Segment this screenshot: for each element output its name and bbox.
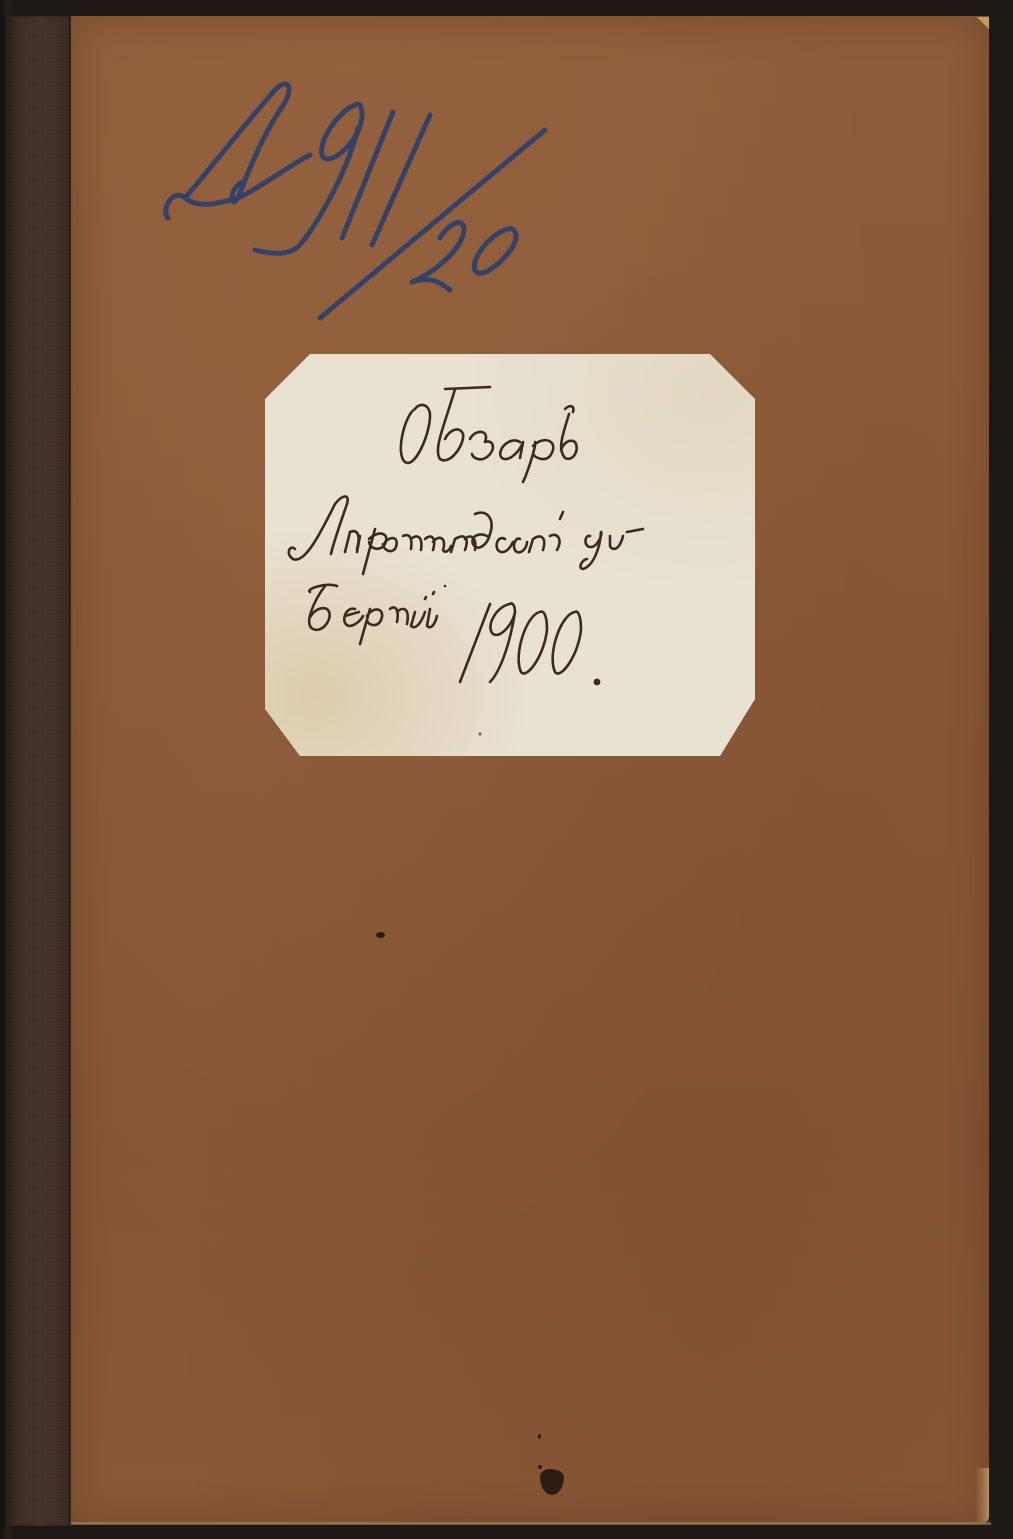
shelfmark-handwriting xyxy=(150,70,570,330)
ink-spot xyxy=(538,1434,541,1439)
ink-spot xyxy=(376,932,385,938)
corner-wear-bottom-right xyxy=(975,1468,989,1522)
title-label: Обзоръ Лифляндской гу- берніи 1900. xyxy=(265,354,755,756)
ink-spot xyxy=(538,1465,542,1469)
corner-wear-top-right xyxy=(975,17,989,33)
cover-bottom-edge xyxy=(71,1522,991,1525)
book-spine xyxy=(10,16,72,1526)
shelfmark: № 911/20 xyxy=(150,70,570,330)
label-handwriting xyxy=(265,354,755,756)
